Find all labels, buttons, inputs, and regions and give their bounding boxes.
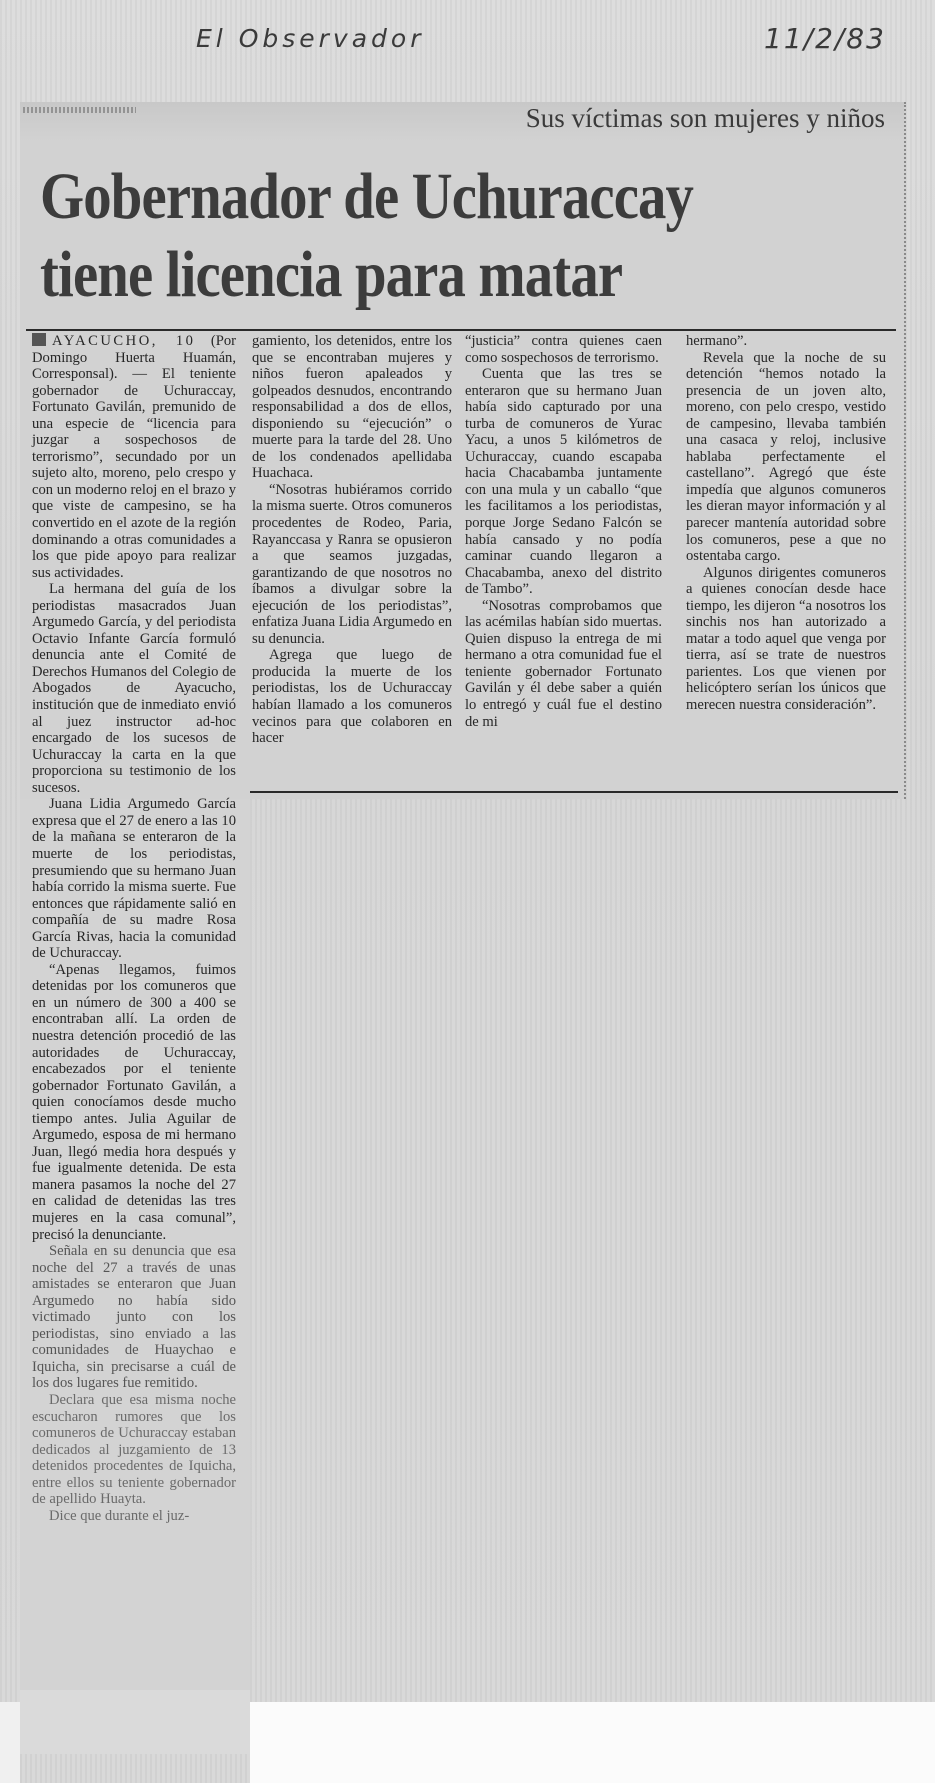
paragraph: Dice que durante el juz- (32, 1508, 236, 1525)
article-column-3: “justicia” contra quienes caen como sosp… (465, 333, 662, 730)
dateline-paragraph: AYACUCHO, 10 (Por Domingo Huerta Huamán,… (32, 333, 236, 581)
headline-rule (26, 329, 896, 331)
article-column-1: AYACUCHO, 10 (Por Domingo Huerta Huamán,… (32, 333, 236, 1524)
blank-scan-area (250, 1702, 935, 1783)
paragraph: (Por Domingo Huerta Huamán, Corresponsal… (32, 333, 236, 581)
columns-bottom-rule (250, 791, 898, 793)
headline-line-2: tiene licencia para matar (40, 236, 780, 314)
dateline-square-icon (32, 333, 46, 346)
paragraph: Declara que esa misma noche escucharon r… (32, 1392, 236, 1508)
paragraph: Revela que la noche de su detención “hem… (686, 350, 886, 565)
paragraph: “Apenas llegamos, fuimos detenidas por l… (32, 962, 236, 1243)
paragraph: “justicia” contra quienes caen como sosp… (465, 333, 662, 366)
continuation-strip-lower (20, 1690, 250, 1754)
article-headline: Gobernador de Uchuraccay tiene licencia … (40, 158, 780, 314)
paragraph: “Nosotras hubiéramos corrido la misma su… (252, 482, 452, 647)
paragraph: La hermana del guía de los periodistas m… (32, 581, 236, 796)
paragraph: Algunos dirigentes comuneros a quienes c… (686, 565, 886, 714)
article-column-2: gamiento, los detenidos, entre los que s… (252, 333, 452, 747)
paragraph: “Nosotras comprobamos que las acémilas h… (465, 598, 662, 730)
paragraph: gamiento, los detenidos, entre los que s… (252, 333, 452, 482)
handwritten-date-note: 11/2/83 (764, 22, 886, 55)
paragraph: Cuenta que las tres se enteraron que su … (465, 366, 662, 598)
article-column-4: hermano”. Revela que la noche de su dete… (686, 333, 886, 714)
corner-dot-pattern (23, 107, 136, 113)
handwritten-source-note: El Observador (196, 24, 424, 53)
article-kicker: Sus víctimas son mujeres y niños (405, 103, 885, 134)
paragraph: Agrega que luego de producida la muerte … (252, 647, 452, 746)
paragraph: Juana Lidia Argumedo García expresa que … (32, 796, 236, 961)
blank-scan-area-left (0, 1702, 20, 1783)
dateline: AYACUCHO, 10 (52, 333, 195, 349)
paragraph: hermano”. (686, 333, 886, 350)
headline-line-1: Gobernador de Uchuraccay (40, 158, 780, 236)
paragraph: Señala en su denuncia que esa noche del … (32, 1243, 236, 1392)
